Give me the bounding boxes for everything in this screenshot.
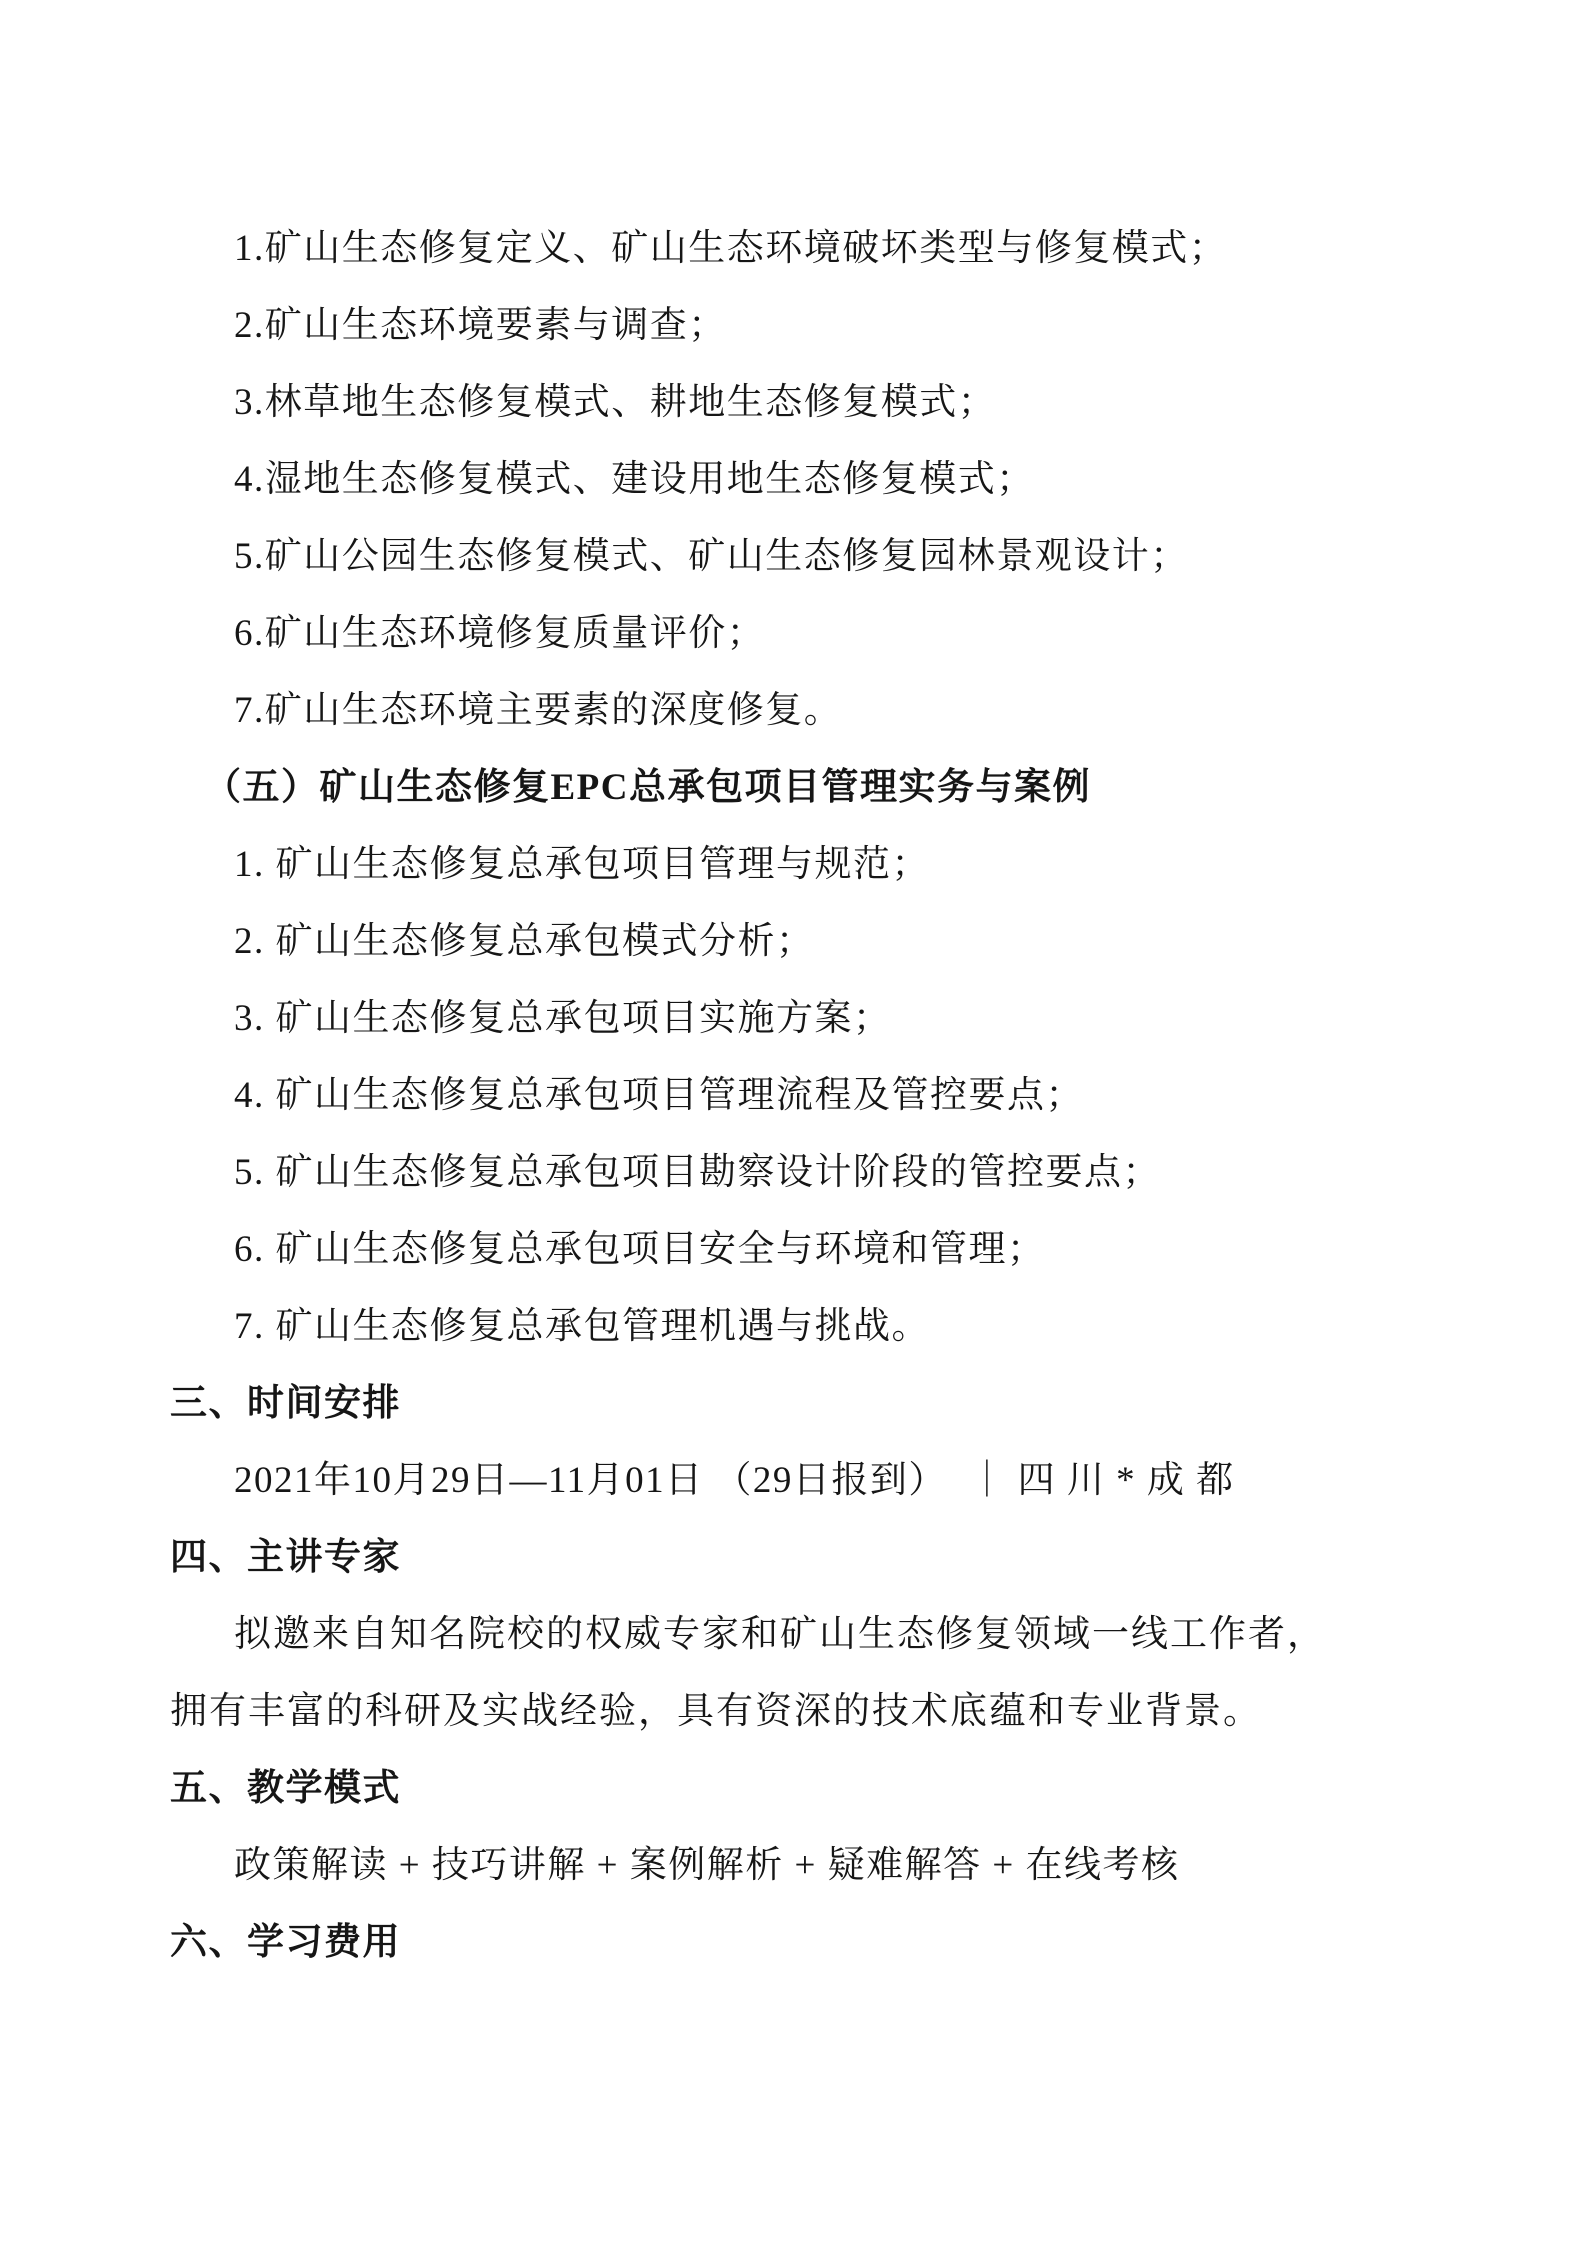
curriculum-item: 6.矿山生态环境修复质量评价；: [170, 595, 1442, 672]
curriculum-item: 2. 矿山生态修复总承包模式分析；: [170, 903, 1442, 980]
document-page: 1.矿山生态修复定义、矿山生态环境破坏类型与修复模式； 2.矿山生态环境要素与调…: [0, 0, 1587, 2245]
document-body: 1.矿山生态修复定义、矿山生态环境破坏类型与修复模式； 2.矿山生态环境要素与调…: [170, 210, 1442, 1981]
curriculum-item: 1. 矿山生态修复总承包项目管理与规范；: [170, 826, 1442, 903]
curriculum-item: 1.矿山生态修复定义、矿山生态环境破坏类型与修复模式；: [170, 210, 1442, 287]
curriculum-item: 4.湿地生态修复模式、建设用地生态修复模式；: [170, 441, 1442, 518]
curriculum-item: 4. 矿山生态修复总承包项目管理流程及管控要点；: [170, 1057, 1442, 1134]
curriculum-item: 7.矿山生态环境主要素的深度修复。: [170, 672, 1442, 749]
curriculum-item: 3.林草地生态修复模式、耕地生态修复模式；: [170, 364, 1442, 441]
paragraph-line: 拥有丰富的科研及实战经验，具有资深的技术底蕴和专业背景。: [170, 1673, 1442, 1750]
curriculum-item: 2.矿山生态环境要素与调查；: [170, 287, 1442, 364]
section-heading-time: 三、时间安排: [170, 1365, 1442, 1442]
curriculum-item: 6. 矿山生态修复总承包项目安全与环境和管理；: [170, 1211, 1442, 1288]
section-heading-teaching: 五、教学模式: [170, 1750, 1442, 1827]
section-heading-fee: 六、学习费用: [170, 1904, 1442, 1981]
schedule-line: 2021年10月29日—11月01日 （29日报到） ｜ 四 川 * 成 都: [170, 1442, 1442, 1519]
curriculum-item: 7. 矿山生态修复总承包管理机遇与挑战。: [170, 1288, 1442, 1365]
teaching-mode-line: 政策解读 + 技巧讲解 + 案例解析 + 疑难解答 + 在线考核: [170, 1827, 1442, 1904]
paragraph-line: 拟邀来自知名院校的权威专家和矿山生态修复领域一线工作者，: [170, 1596, 1442, 1673]
curriculum-item: 5.矿山公园生态修复模式、矿山生态修复园林景观设计；: [170, 518, 1442, 595]
curriculum-item: 5. 矿山生态修复总承包项目勘察设计阶段的管控要点；: [170, 1134, 1442, 1211]
subsection-heading-five: （五）矿山生态修复EPC总承包项目管理实务与案例: [170, 749, 1442, 826]
section-heading-experts: 四、主讲专家: [170, 1519, 1442, 1596]
curriculum-item: 3. 矿山生态修复总承包项目实施方案；: [170, 980, 1442, 1057]
